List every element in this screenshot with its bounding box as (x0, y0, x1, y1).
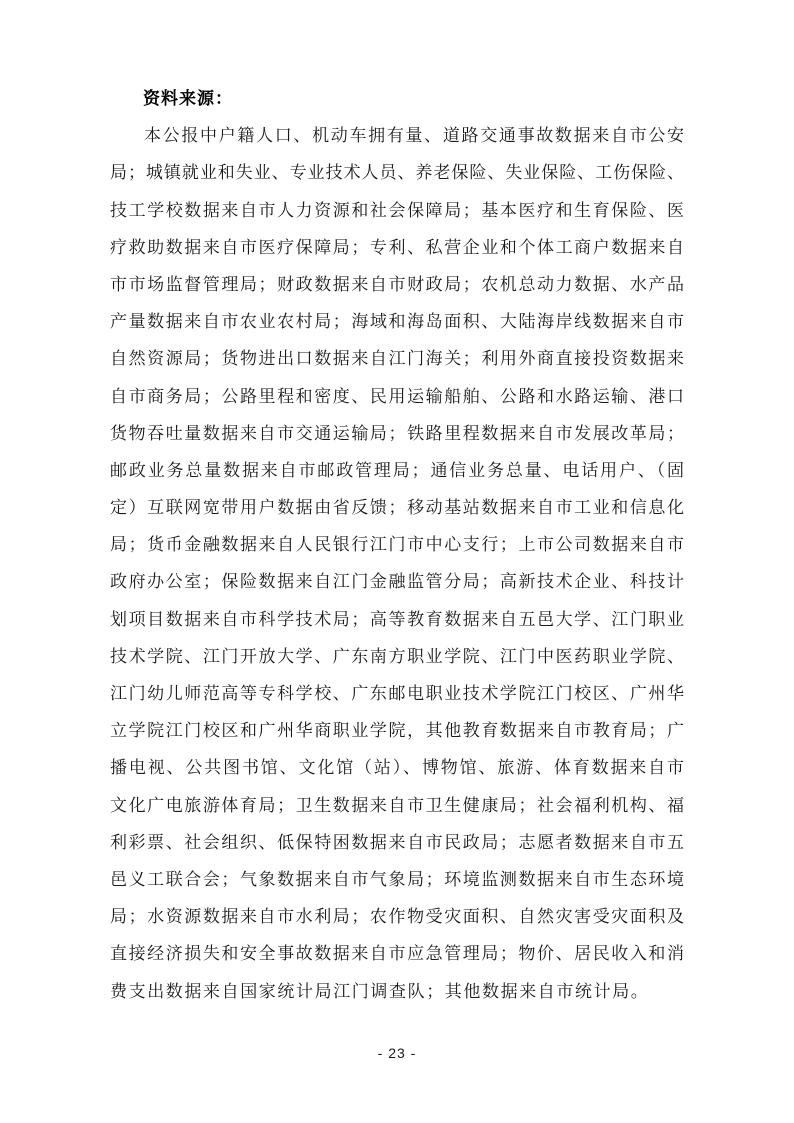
paragraph-line: 市市场监督管理局；财政数据来自市财政局；农机总动力数据、水产品 (110, 266, 684, 303)
paragraph-line: 局；水资源数据来自市水利局；农作物受灾面积、自然灾害受灾面积及 (110, 898, 684, 935)
page-footer: - 23 - (0, 1044, 794, 1063)
paragraph-line: 自市商务局；公路里程和密度、民用运输船舶、公路和水路运输、港口 (110, 378, 684, 415)
paragraph-line: 疗救助数据来自市医疗保障局；专利、私营企业和个体工商户数据来自 (110, 229, 684, 266)
paragraph-line: 费支出数据来自国家统计局江门调查队；其他数据来自市统计局。 (110, 973, 684, 1010)
paragraph-line: 局；货币金融数据来自人民银行江门市中心支行；上市公司数据来自市 (110, 526, 684, 563)
section-heading: 资料来源： (110, 80, 684, 117)
page-number: - 23 - (378, 1045, 417, 1061)
paragraph-line: 立学院江门校区和广州华商职业学院，其他教育数据来自市教育局；广 (110, 712, 684, 749)
paragraph-line: 邑义工联合会；气象数据来自市气象局；环境监测数据来自市生态环境 (110, 861, 684, 898)
paragraph-line: 江门幼儿师范高等专科学校、广东邮电职业技术学院江门校区、广州华 (110, 675, 684, 712)
paragraph-line: 本公报中户籍人口、机动车拥有量、道路交通事故数据来自市公安 (110, 117, 684, 154)
paragraph-line: 技术学院、江门开放大学、广东南方职业学院、江门中医药职业学院、 (110, 638, 684, 675)
paragraph-line: 自然资源局；货物进出口数据来自江门海关；利用外商直接投资数据来 (110, 340, 684, 377)
paragraph-line: 定）互联网宽带用户数据由省反馈；移动基站数据来自市工业和信息化 (110, 489, 684, 526)
paragraph-line: 利彩票、社会组织、低保特困数据来自市民政局；志愿者数据来自市五 (110, 824, 684, 861)
paragraph-line: 政府办公室；保险数据来自江门金融监管分局；高新技术企业、科技计 (110, 563, 684, 600)
page-content: 资料来源： 本公报中户籍人口、机动车拥有量、道路交通事故数据来自市公安局；城镇就… (110, 80, 684, 1010)
paragraph-line: 直接经济损失和安全事故数据来自市应急管理局；物价、居民收入和消 (110, 935, 684, 972)
data-sources-paragraph: 本公报中户籍人口、机动车拥有量、道路交通事故数据来自市公安局；城镇就业和失业、专… (110, 117, 684, 1010)
paragraph-line: 邮政业务总量数据来自市邮政管理局；通信业务总量、电话用户、（固 (110, 452, 684, 489)
paragraph-line: 局；城镇就业和失业、专业技术人员、养老保险、失业保险、工伤保险、 (110, 154, 684, 191)
paragraph-line: 技工学校数据来自市人力资源和社会保障局；基本医疗和生育保险、医 (110, 192, 684, 229)
paragraph-line: 划项目数据来自市科学技术局；高等教育数据来自五邑大学、江门职业 (110, 601, 684, 638)
paragraph-line: 产量数据来自市农业农村局；海域和海岛面积、大陆海岸线数据来自市 (110, 303, 684, 340)
paragraph-line: 播电视、公共图书馆、文化馆（站）、博物馆、旅游、体育数据来自市 (110, 749, 684, 786)
paragraph-line: 货物吞吐量数据来自市交通运输局；铁路里程数据来自市发展改革局； (110, 415, 684, 452)
paragraph-line: 文化广电旅游体育局；卫生数据来自市卫生健康局；社会福利机构、福 (110, 787, 684, 824)
document-page: 资料来源： 本公报中户籍人口、机动车拥有量、道路交通事故数据来自市公安局；城镇就… (0, 0, 794, 1123)
